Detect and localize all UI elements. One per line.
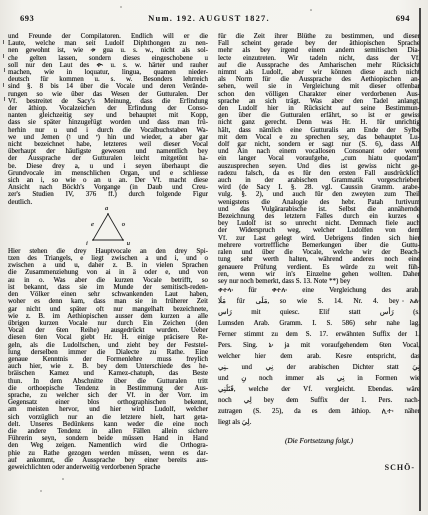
text-line: auf ankommt, die Aussprache bey einer be… [8,457,208,464]
text-line: sey nur noch bemerkt, dass S. 13. Note *… [218,278,420,285]
text-line: und das Vulgärarabische ist. Selbst die … [218,206,420,213]
text-line: am meisten hervor, und hier wird Ludolf,… [8,406,208,413]
left-paragraph-2: Hier stehen die drey Hauptvocale an den … [8,248,208,471]
scan-speck [120,6,122,8]
text-line: den Ludolf hier in Rücksicht auf seine B… [218,105,420,112]
text-line: Pers. Sing. ኒ፡ ja mit voraufgehendem 6te… [218,340,420,351]
text-line: ren, wenn wir in's Einzelne gehen wollte… [218,271,420,278]
text-line: tzen des Triangels, e liegt zwischen a u… [8,255,208,262]
text-line: die orthoepische Tendenz in Bestimmung d… [8,385,208,392]
text-line: auszusprechen seyen. Und dies ist gewiss… [218,163,420,170]
text-line: deutsch für kommen u. s. w. Besonders le… [8,76,208,83]
text-line: lung derselben immer die Dialecte zu Rat… [8,349,208,356]
text-line: be. Diese drey a, u und i seyen überhaup… [8,163,208,170]
text-line: مَلَا für مَلَى, so wie S. 14. Nr. 4. be… [218,296,420,307]
vowel-label-a: a [105,206,108,212]
text-line: auf die Aussprache des Amharischen mehr … [218,62,420,69]
text-line: we und Jemen (ו und י) hin und wieder, a… [8,134,208,141]
text-line: auch in der arabischen Grammatik vorgesc… [218,177,420,184]
scan-speck [310,9,312,11]
scan-margin-mark [3,40,4,44]
text-line: mehr als bey irgend einem andern semitis… [218,47,420,54]
scan-speck [398,120,400,122]
text-line: den Weg zeigen. Namentlich wird die Orth… [8,442,208,449]
text-line: wie z. B. im Aethiopischen ausser dem ku… [8,313,208,320]
text-line: geln, als die Ludolfschen, und zieht bey… [8,342,208,349]
text-line: mit dem Vocal e zu sprechen sey, das beh… [218,134,420,141]
text-line: ـنِي und نِي der arabischen Dichter stat… [218,362,420,373]
left-column-number: 693 [20,13,34,23]
text-line: thun. In dem Abschnitte über die Guttura… [8,378,208,385]
text-line: رَاس mit quiesc. Elif statt رَأْس (s. [218,307,420,318]
vowel-triangle: a e o i u [84,208,132,246]
text-line: sehen, weil sie in Vergleichung mit dies… [218,83,420,90]
scan-margin-mark [3,83,4,87]
vowel-label-o: o [122,222,125,228]
text-line: sich an i, so wie o an u an. Der Vf. mac… [8,177,208,184]
text-line: überhaupt der häufigste gewesen und name… [8,148,208,155]
text-line: Führerin seyn, sondern beide müssen Hand… [8,435,208,442]
text-line: vulg. §. 2), und auch für den zweyten zu… [218,191,420,198]
vowel-label-e: e [91,222,94,228]
text-line: und نِ noch immer als نِي in Formen wie [218,373,420,384]
right-paragraph-arabic-ethiopic: ቀተላ፡ für ቀተለ፡ eine Vergleichung des arab… [218,285,420,428]
triangle-outline-icon [90,212,126,242]
scan-speck [402,300,404,302]
text-line: welcher hier dem arab. Kesre entspricht,… [218,351,420,362]
text-line: Ferner stimmt zu dem S. 17. erwähnten Su… [218,329,420,340]
text-line: Hier stehen die drey Hauptvocale an den … [8,248,208,255]
left-paragraph-1: und Freunde der Compilatoren. Endlich wi… [8,33,208,206]
text-line: hält, dass nämlich eine Gutturalis am En… [218,127,420,134]
scanned-journal-page: 693 Num. 192. AUGUST 1827. 694 und Freun… [0,0,428,515]
text-line: liegt als لِيَ. [218,417,420,428]
text-line: rungen so wie über das Wesen der Guttura… [8,91,208,98]
text-line: und Freunde der Compilatoren. Endlich wi… [8,33,208,40]
text-line: sind §. 8 bis 14 über die Vocale und der… [8,83,208,90]
text-line: mehrere vortreffliche Bemerkungen über d… [218,242,420,249]
text-line: wird (de Sacy I. §. 28. vgl. Caussin Gra… [218,184,420,191]
issue-date-header: Num. 192. AUGUST 1827. [148,13,270,23]
text-line: übrigen kurzen Vocale nur durch Ein Zeic… [8,320,208,327]
text-line: und Ain nach einem vocallosen Consonant … [218,148,420,155]
text-line: قَتَلَنِي, welche der Vf. vergleicht. Eb… [218,384,420,395]
text-line: tung sehr werth halten, während anderes … [218,256,420,263]
text-line: ist bekannt, dass sie im Munde der semit… [8,284,208,291]
text-line: auch hier, wie z. B. bey dem Unterschied… [8,363,208,370]
text-line: sich vorzüglich nur an die letztere hiel… [8,414,208,421]
text-line: nen gewohnt ist, wie ቱ gua u. s. w., nic… [8,47,208,54]
text-line: zutragen (S. 25), da es dem äthiop. ሊተ፡ … [218,406,420,417]
text-line: genauere Prüfung verdient. Es würde zu w… [218,264,420,271]
text-line: delt. Unseres Bedünkens kann weder die e… [8,421,208,428]
vowel-label-u: u [127,241,130,247]
text-line: gen über die Gutturalen erfährt, so ist … [218,112,420,119]
text-line: der äthiop. Vocalzeichen der Erfindung d… [8,105,208,112]
text-line: sprache an sich trägt. Was aber den Tade… [218,98,420,105]
text-line: phie zu Rathe gezogen werden müssen, wen… [8,450,208,457]
text-line: der Widerspruch weg, welcher Ludolfen vo… [218,227,420,234]
text-line: Vf. zur Last gelegt wird. Uebrigens find… [218,235,420,242]
text-line: diesen 6ten Vocal giebt Hr. H. einige pr… [8,334,208,341]
catchword: SCHÖ- [385,463,415,472]
text-line: machen, wie in loquatur, lingua, quamen … [8,69,208,76]
text-line: als Norm für die Aussprache des Aethiopi… [218,76,420,83]
book-gutter-line [419,8,421,511]
text-line: der Aussprache der Gutturalen leicht mit… [8,155,208,162]
text-line: dolf gar nicht, sondern er sagt nur (S. … [218,141,420,148]
scan-margin-mark [3,54,4,58]
left-text-column: und Freunde der Compilatoren. Endlich wi… [8,33,208,471]
text-line: Vf. bestreitet de Sacy's Meinung, dass d… [8,98,208,105]
continuation-notice: (Die Fortsetzung folgt.) [218,437,420,445]
text-line: Vocal der 6ten Reihe) ausgedrückt wurden… [8,327,208,334]
text-line: herhin nur u und i durch die Vocalbuchst… [8,127,208,134]
text-line: gar nicht und später oft nur mangelhaft … [8,306,208,313]
right-text-column: für die Zeit ihrer Blüthe zu bestimmen, … [218,33,420,445]
scan-speck [62,478,64,480]
vowel-triangle-figure: a e o i u [8,206,208,248]
text-line: noch لِي bey dem Suffix der 1. Pers. nac… [218,395,420,406]
text-line: die andere Tendenz in allen Fällen allei… [8,428,208,435]
text-line: zwischen a und u, daher z. B. in vielen … [8,262,208,269]
text-line: Gegensatz einer blos orthographischen be… [8,399,208,406]
text-line: nicht bezeichnet habe, letzteres weil di… [8,141,208,148]
text-line: soll nur den Laut des ቍ u. s. w. härter … [8,62,208,69]
text-line: ein langer Vocal voraufgehe, „cum hiatu … [218,155,420,162]
text-line: Ansicht nach Böckh's Vorgange (in Daub u… [8,184,208,191]
text-line: bey Ludolf ist so unrecht nicht. Demnach… [218,220,420,227]
scan-speck [40,490,42,492]
text-line: deutlich. [8,199,208,206]
text-line: nicht ganz gerecht. Denn was Hr. H. für … [218,119,420,126]
right-column-number: 694 [396,13,410,23]
text-line: lecte einzutreten. Wir tadeln nicht, das… [218,55,420,62]
text-line: Bezeichnung des letztern Falles durch ei… [218,213,420,220]
text-line: bräischen Kamez und Kamez-chatuph, das B… [8,370,208,377]
text-line: Lumsden Arab. Gramm. I. S. 586) sehr nah… [218,318,420,329]
vowel-label-i: i [86,241,88,247]
text-line: geweichlichten oder anderweitig verdorbe… [8,464,208,471]
text-line: für die Zeit ihrer Blüthe zu bestimmen, … [218,33,420,40]
text-line: nimmt als Ludolf, aber wir können diese … [218,69,420,76]
text-line: ቀተላ፡ für ቀተለ፡ eine Vergleichung des arab… [218,285,420,296]
text-line: genaue Kenntnis der Formenlehre muss fre… [8,356,208,363]
text-line: au in o. Was aber die kurzen Vocale betr… [8,277,208,284]
scan-margin-mark [4,97,5,101]
text-line: sprache, zu welcher sich der Vf. in der … [8,392,208,399]
text-line: che gelten lassen, sondern dieses einges… [8,55,208,62]
text-line: Laute, welche man seit Ludolf Diphthonge… [8,40,208,47]
text-line: den Völker einen sehr schwankenden Laut … [8,291,208,298]
text-line: schon den völligen Charakter einer verdo… [218,91,420,98]
text-line: Fall scheint gerade bey der äthiopischen… [218,40,420,47]
text-line: wenigstens die Analogie des hebr. Patah … [218,199,420,206]
text-line: Grundvocale im menschlichen Organ, und e… [8,170,208,177]
right-paragraph-1: für die Zeit ihrer Blüthe zu bestimmen, … [218,33,420,285]
scan-margin-mark [4,68,5,72]
text-line: dass sie später hinzugefügt worden und d… [8,119,208,126]
text-line: die Zusammenziehung von ai in ä oder e, … [8,269,208,276]
page-header: 693 Num. 192. AUGUST 1827. 694 [0,13,428,23]
text-line: ralen und über die Vocale, welche wir de… [218,249,420,256]
text-line: zer's Studien IV, 376 ff.) durch folgend… [8,191,208,198]
text-line: woher es denn kam, dass man sie in frühe… [8,298,208,305]
text-line: nanten gleichzeitig sey und behauptet mi… [8,112,208,119]
text-line: radezu falsch, da es für den ersten Fall… [218,170,420,177]
